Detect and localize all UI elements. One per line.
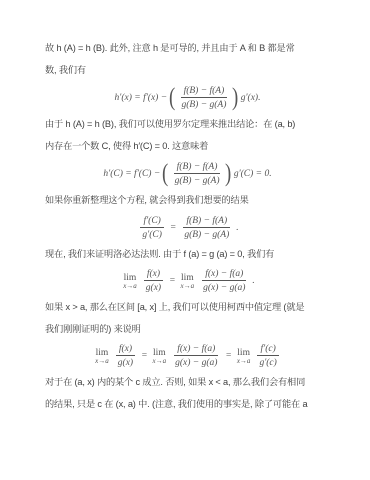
fraction: f(x) g(x) (115, 344, 136, 368)
equals-sign: = (170, 223, 176, 233)
fraction: f(B) − f(A) g(B) − g(A) (178, 86, 229, 110)
lim-subscript: x→a (153, 357, 167, 365)
text-line: 数, 我们有 (45, 60, 330, 82)
fraction: f(x) − f(a) g(x) − g(a) (200, 269, 248, 293)
equals-sign: = (141, 351, 147, 361)
fraction-numerator: f(B) − f(A) (181, 86, 228, 98)
paragraph: 如果你重新整理这个方程, 就会得到我们想要的结果 (45, 190, 330, 212)
paragraph: 由于 h (A) = h (B), 我们可以使用罗尔定理来推出结论：在 (a, … (45, 114, 330, 157)
paragraph: 如果 x > a, 那么在区间 [a, x] 上, 我们可以使用柯西中值定理 (… (45, 297, 330, 340)
fraction-denominator: g(B) − g(A) (181, 228, 232, 240)
text-line: 内存在一个数 C, 使得 h′(C) = 0. 这意味着 (45, 136, 330, 158)
equation-h-prime-x: h′(x) = f′(x) − ( f(B) − f(A) g(B) − g(A… (45, 85, 330, 110)
equation-h-prime-C: h′(C) = f′(C) − ( f(B) − f(A) g(B) − g(A… (45, 161, 330, 186)
text-line: 现在, 我们来证明洛必达法则. 由于 f (a) = g (a) = 0, 我们… (45, 244, 330, 266)
document-page: 故 h (A) = h (B). 此外, 注意 h 是可导的, 并且由于 A 和… (0, 0, 370, 480)
fraction-denominator: g(B) − g(A) (172, 174, 223, 186)
fraction-numerator: f(B) − f(A) (174, 162, 221, 174)
equation-limit-identity: lim x→a f(x) g(x) = lim x→a f(x) − f(a) … (45, 269, 330, 293)
fraction-denominator: g(B) − g(A) (178, 98, 229, 110)
fraction: f′(C) g′(C) (139, 216, 165, 240)
fraction-numerator: f(B) − f(A) (183, 216, 230, 228)
text-line: 故 h (A) = h (B). 此外, 注意 h 是可导的, 并且由于 A 和… (45, 38, 330, 60)
fraction-numerator: f(x) − f(a) (202, 269, 246, 281)
limit-operator: lim x→a (153, 348, 167, 365)
text-line: 我们刚刚证明的) 来说明 (45, 319, 330, 341)
text-line: 的结果, 只是 c 在 (x, a) 中. (注意, 我们使用的事实是, 除了可… (45, 394, 330, 416)
equation-ratio-result: f′(C) g′(C) = f(B) − f(A) g(B) − g(A) . (45, 216, 330, 240)
limit-operator: lim x→a (95, 348, 109, 365)
lim-subscript: x→a (237, 357, 251, 365)
fraction: f(B) − f(A) g(B) − g(A) (172, 162, 223, 186)
limit-operator: lim x→a (237, 348, 251, 365)
math-term: g′(x). (241, 93, 261, 103)
open-paren: ( (169, 85, 175, 110)
fraction-denominator: g(x) − g(a) (172, 356, 220, 368)
close-paren: ) (226, 161, 232, 186)
fraction-denominator: g(x) − g(a) (200, 281, 248, 293)
math-term: h′(C) = f′(C) − (103, 169, 160, 179)
fraction-numerator: f(x) − f(a) (174, 344, 218, 356)
equals-sign: = (169, 276, 175, 286)
open-paren: ( (162, 161, 168, 186)
limit-operator: lim x→a (181, 273, 195, 290)
fraction: f(B) − f(A) g(B) − g(A) (181, 216, 232, 240)
text-line: 如果 x > a, 那么在区间 [a, x] 上, 我们可以使用柯西中值定理 (… (45, 297, 330, 319)
fraction-numerator: f′(C) (140, 216, 163, 228)
fraction: f(x) − f(a) g(x) − g(a) (172, 344, 220, 368)
page-content: 故 h (A) = h (B). 此外, 注意 h 是可导的, 并且由于 A 和… (0, 0, 370, 415)
equals-sign: = (225, 351, 231, 361)
lim-subscript: x→a (181, 282, 195, 290)
paragraph: 对于在 (a, x) 内的某个 c 成立. 否则, 如果 x < a, 那么我们… (45, 372, 330, 415)
fraction: f(x) g(x) (143, 269, 164, 293)
period: . (236, 223, 238, 233)
fraction-numerator: f(x) (116, 344, 135, 356)
math-term: h′(x) = f′(x) − (115, 93, 168, 103)
fraction-denominator: g(x) (143, 281, 164, 293)
fraction-numerator: f(x) (144, 269, 163, 281)
text-line: 如果你重新整理这个方程, 就会得到我们想要的结果 (45, 190, 330, 212)
equation-cauchy-mvt-limit: lim x→a f(x) g(x) = lim x→a f(x) − f(a) … (45, 344, 330, 368)
fraction: f′(c) g′(c) (256, 344, 279, 368)
fraction-denominator: g′(C) (139, 228, 165, 240)
fraction-denominator: g(x) (115, 356, 136, 368)
paragraph: 故 h (A) = h (B). 此外, 注意 h 是可导的, 并且由于 A 和… (45, 38, 330, 81)
paragraph: 现在, 我们来证明洛必达法则. 由于 f (a) = g (a) = 0, 我们… (45, 244, 330, 266)
close-paren: ) (232, 85, 238, 110)
lim-subscript: x→a (95, 357, 109, 365)
period: . (252, 276, 254, 286)
lim-subscript: x→a (123, 282, 137, 290)
fraction-denominator: g′(c) (256, 356, 279, 368)
text-line: 由于 h (A) = h (B), 我们可以使用罗尔定理来推出结论：在 (a, … (45, 114, 330, 136)
text-line: 对于在 (a, x) 内的某个 c 成立. 否则, 如果 x < a, 那么我们… (45, 372, 330, 394)
math-term: g′(C) = 0. (234, 169, 272, 179)
limit-operator: lim x→a (123, 273, 137, 290)
fraction-numerator: f′(c) (257, 344, 278, 356)
